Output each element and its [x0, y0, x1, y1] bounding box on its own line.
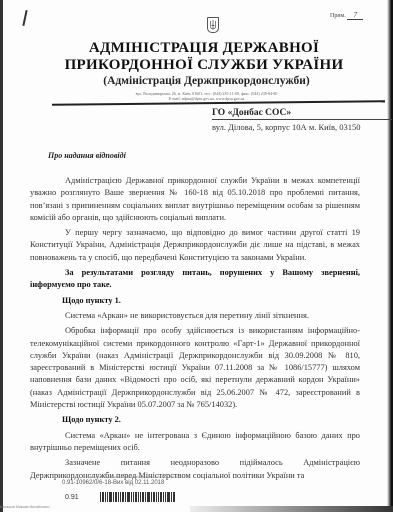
registration-number: 0.91-10962/0/6-18-Вих від 02.11.2018: [62, 480, 222, 486]
annotation-number: 7: [347, 11, 363, 20]
annotation: Прим. 7: [330, 11, 363, 20]
paragraph-4: Система «Аркан» не використовується для …: [30, 310, 360, 322]
recipient-address: вул. Ділова, 5, корпус 10А м. Київ, 0315…: [212, 122, 392, 132]
letter-body: Адміністрацією Державної прикордонної сл…: [30, 175, 360, 485]
registration-stamp: АДМІНІСТРАЦІЯ ДЕРЖАВНОЇ ПРИКОРДОННОЇ СЛУ…: [62, 475, 222, 486]
scan-shadow: [190, 506, 393, 512]
paragraph-1: Адміністрацією Державної прикордонної сл…: [30, 175, 360, 224]
trident-icon: [207, 17, 219, 33]
letterhead-line1: АДМІНІСТРАЦІЯ ДЕРЖАВНОЇ: [0, 40, 393, 57]
pen-mark: [22, 10, 27, 26]
document-page: Прим. 7 АДМІНІСТРАЦІЯ ДЕРЖАВНОЇ ПРИКОРДО…: [0, 0, 393, 512]
letterhead-line2: ПРИКОРДОННОЇ СЛУЖБИ УКРАЇНИ: [0, 57, 393, 74]
section-heading-1: Щодо пункту 1.: [30, 295, 360, 307]
paragraph-5: Обробка інформації про особу здійснюєтьс…: [30, 325, 360, 411]
executor-name: Балашов Максим Михайлович: [0, 505, 50, 509]
document-code: 0.91: [65, 494, 79, 501]
annotation-label: Прим.: [330, 13, 346, 19]
recipient-org: ГО «Донбас СОС»: [212, 108, 392, 120]
stamp-org: АДМІНІСТРАЦІЯ ДЕРЖАВНОЇ ПРИКОРДОННОЇ СЛУ…: [62, 475, 222, 479]
paragraph-6: Система «Аркан» не інтегрована з Єдиною …: [30, 430, 360, 455]
letterhead-divider: [52, 100, 385, 105]
section-heading-2: Щодо пункту 2.: [30, 414, 360, 426]
letterhead-line3: (Адміністрація Держприкордонслужби): [0, 75, 393, 87]
subject-line: Про надання відповіді: [48, 151, 126, 160]
paragraph-3: За результатами розгляду питань, порушен…: [30, 267, 360, 292]
barcode-icon: [100, 492, 182, 502]
paragraph-2: У першу чергу зазначаємо, що відповідно …: [30, 227, 360, 264]
recipient-block: ГО «Донбас СОС» вул. Ділова, 5, корпус 1…: [212, 108, 392, 132]
